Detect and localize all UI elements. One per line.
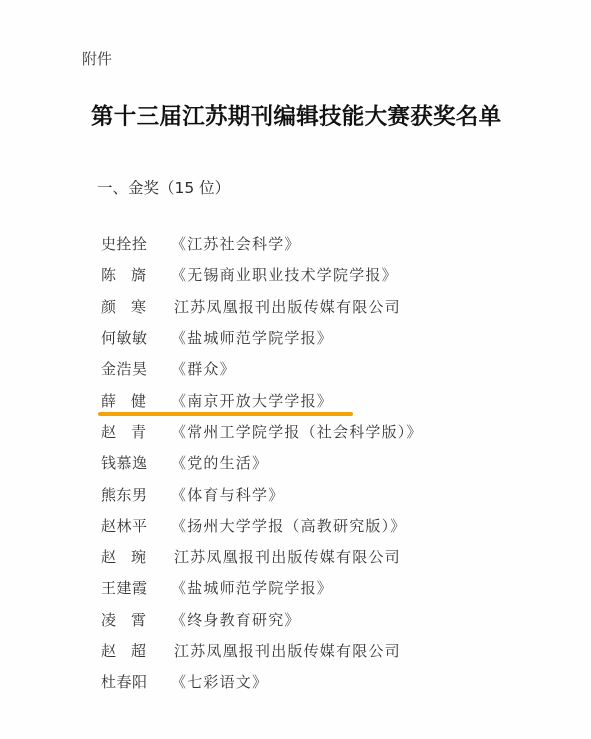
winner-row: 赵林平《扬州大学学报（高教研究版）》: [101, 510, 423, 541]
winner-name-given-part: 陈: [101, 264, 131, 285]
winner-row: 凌霄《终身教育研究》: [101, 604, 423, 635]
winner-name: 赵青: [101, 421, 173, 442]
winner-name: 薛健: [101, 390, 173, 411]
winner-name: 赵超: [101, 640, 173, 661]
section-heading-gold: 一、金奖（15 位）: [97, 176, 230, 198]
winner-name: 赵琬: [101, 546, 173, 567]
winner-row: 钱慕逸《党的生活》: [101, 447, 423, 478]
winner-name: 史拴拴: [101, 233, 173, 254]
document-page: 附件 第十三届江苏期刊编辑技能大赛获奖名单 一、金奖（15 位） 史拴拴《江苏社…: [0, 0, 591, 739]
winner-row: 何敏敏《盐城师范学院学报》: [101, 322, 423, 353]
winner-name-second-part: 琬: [131, 548, 146, 566]
winner-name: 赵林平: [101, 515, 173, 536]
winner-name: 钱慕逸: [101, 452, 173, 473]
winner-organization: 《群众》: [171, 358, 236, 379]
winner-name-given-part: 赵: [101, 421, 131, 442]
winner-name-second-part: 旖: [131, 266, 146, 284]
winner-organization: 《党的生活》: [171, 452, 268, 473]
winner-name-given-part: 颜: [101, 296, 131, 317]
winner-organization: 《体育与科学》: [171, 484, 284, 505]
winner-organization: 《盐城师范学院学报》: [171, 577, 333, 598]
winner-organization: 《无锡商业职业技术学院学报》: [171, 264, 398, 285]
winner-name-second-part: 超: [131, 642, 146, 660]
winner-row: 赵超江苏凤凰报刊出版传媒有限公司: [101, 635, 423, 666]
winner-row: 颜寒江苏凤凰报刊出版传媒有限公司: [101, 291, 423, 322]
winner-name: 金浩昊: [101, 358, 173, 379]
winner-name: 何敏敏: [101, 327, 173, 348]
winner-organization: 江苏凤凰报刊出版传媒有限公司: [174, 546, 401, 567]
winner-row: 王建霞《盐城师范学院学报》: [101, 572, 423, 603]
document-title: 第十三届江苏期刊编辑技能大赛获奖名单: [91, 99, 501, 131]
winner-name: 凌霄: [101, 609, 173, 630]
winner-name-second-part: 寒: [131, 298, 146, 316]
winner-organization: 《终身教育研究》: [171, 609, 301, 630]
winner-name: 陈旖: [101, 264, 173, 285]
gold-winner-list: 史拴拴《江苏社会科学》陈旖《无锡商业职业技术学院学报》颜寒江苏凤凰报刊出版传媒有…: [101, 228, 423, 697]
winner-organization: 《南京开放大学学报》: [171, 390, 333, 411]
winner-organization: 《盐城师范学院学报》: [171, 327, 333, 348]
winner-name: 王建霞: [101, 577, 173, 598]
winner-organization: 江苏凤凰报刊出版传媒有限公司: [174, 296, 401, 317]
winner-row: 陈旖《无锡商业职业技术学院学报》: [101, 259, 423, 290]
winner-name-second-part: 青: [131, 423, 146, 441]
winner-name-given-part: 赵: [101, 640, 131, 661]
winner-name-given-part: 凌: [101, 609, 131, 630]
winner-name: 杜春阳: [101, 671, 173, 692]
winner-row: 史拴拴《江苏社会科学》: [101, 228, 423, 259]
winner-row: 薛健《南京开放大学学报》: [101, 384, 423, 415]
winner-organization: 《扬州大学学报（高教研究版）》: [171, 515, 407, 536]
winner-name-second-part: 健: [131, 392, 146, 410]
winner-row: 赵琬江苏凤凰报刊出版传媒有限公司: [101, 541, 423, 572]
winner-organization: 江苏凤凰报刊出版传媒有限公司: [174, 640, 401, 661]
winner-name-given-part: 赵: [101, 546, 131, 567]
winner-organization: 《七彩语文》: [171, 671, 268, 692]
winner-name: 熊东男: [101, 484, 173, 505]
winner-row: 赵青《常州工学院学报（社会科学版）》: [101, 416, 423, 447]
winner-organization: 《常州工学院学报（社会科学版）》: [171, 421, 423, 442]
winner-row: 金浩昊《群众》: [101, 353, 423, 384]
winner-name-given-part: 薛: [101, 390, 131, 411]
attachment-label: 附件: [82, 48, 112, 69]
winner-row: 杜春阳《七彩语文》: [101, 666, 423, 697]
winner-name-second-part: 霄: [131, 611, 146, 629]
winner-name: 颜寒: [101, 296, 173, 317]
winner-row: 熊东男《体育与科学》: [101, 478, 423, 509]
winner-organization: 《江苏社会科学》: [171, 233, 301, 254]
